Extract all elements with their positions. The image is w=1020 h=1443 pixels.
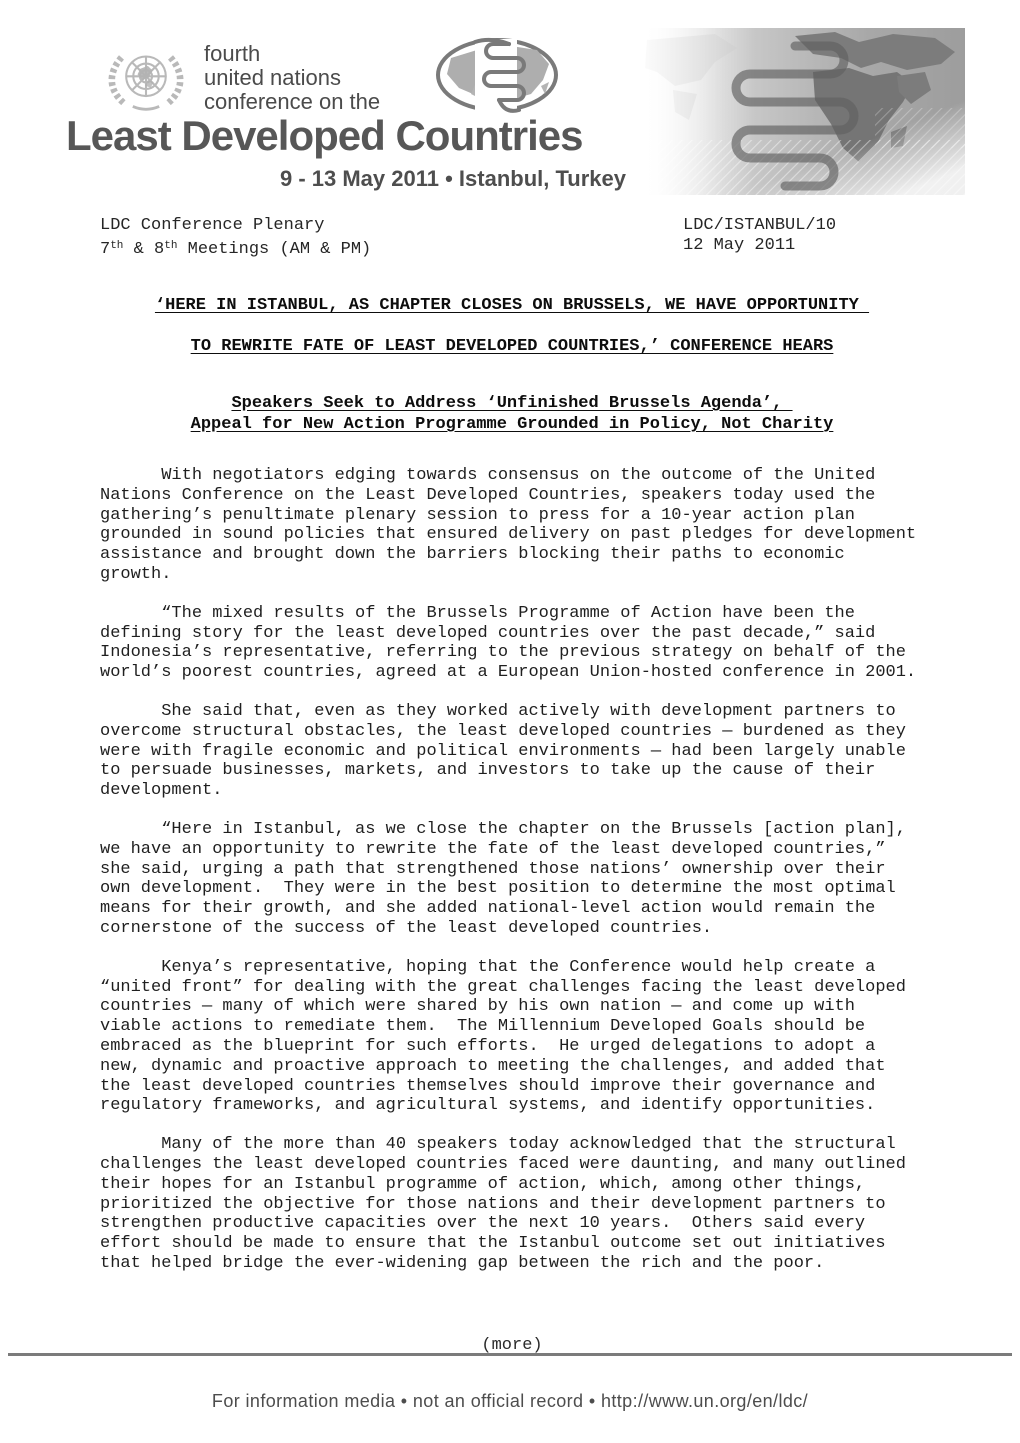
paragraph: Kenya’s representative, hoping that the … xyxy=(100,958,930,1116)
headline-line-2: TO REWRITE FATE OF LEAST DEVELOPED COUNT… xyxy=(100,337,924,356)
paragraph: She said that, even as they worked activ… xyxy=(100,702,930,801)
un-emblem-icon xyxy=(98,48,194,114)
banner-pretitle: fourth united nations conference on the xyxy=(204,42,380,114)
subheadline: Speakers Seek to Address ‘Unfinished Bru… xyxy=(100,393,924,435)
banner-title: Least Developed Countries xyxy=(66,112,582,160)
world-map-graphic xyxy=(645,28,965,195)
article-body: With negotiators edging towards consensu… xyxy=(100,466,930,1293)
conference-banner: fourth united nations conference on the … xyxy=(40,14,965,206)
paragraph: Many of the more than 40 speakers today … xyxy=(100,1135,930,1274)
paragraph: With negotiators edging towards consensu… xyxy=(100,466,930,585)
headline-line-1: ‘HERE IN ISTANBUL, AS CHAPTER CLOSES ON … xyxy=(100,296,924,315)
paragraph: “The mixed results of the Brussels Progr… xyxy=(100,604,930,683)
meeting-number: 7th & 8th Meetings (AM & PM) xyxy=(100,240,371,259)
banner-tagline: 9 - 13 May 2011 • Istanbul, Turkey xyxy=(66,166,626,192)
paragraph: “Here in Istanbul, as we close the chapt… xyxy=(100,820,930,939)
meeting-body: LDC Conference Plenary xyxy=(100,216,324,235)
meta-left-column: LDC Conference Plenary7th & 8th Meetings… xyxy=(100,216,371,260)
footer-note: For information media • not an official … xyxy=(0,1391,1020,1412)
meta-right-column: LDC/ISTANBUL/1012 May 2011 xyxy=(683,216,836,256)
press-release-page: { "banner": { "pretitle_lines": ["fourth… xyxy=(0,0,1020,1443)
document-date: 12 May 2011 xyxy=(683,236,795,255)
globe-hands-icon xyxy=(433,36,561,116)
document-symbol: LDC/ISTANBUL/10 xyxy=(683,216,836,235)
footer-divider xyxy=(8,1353,1012,1356)
